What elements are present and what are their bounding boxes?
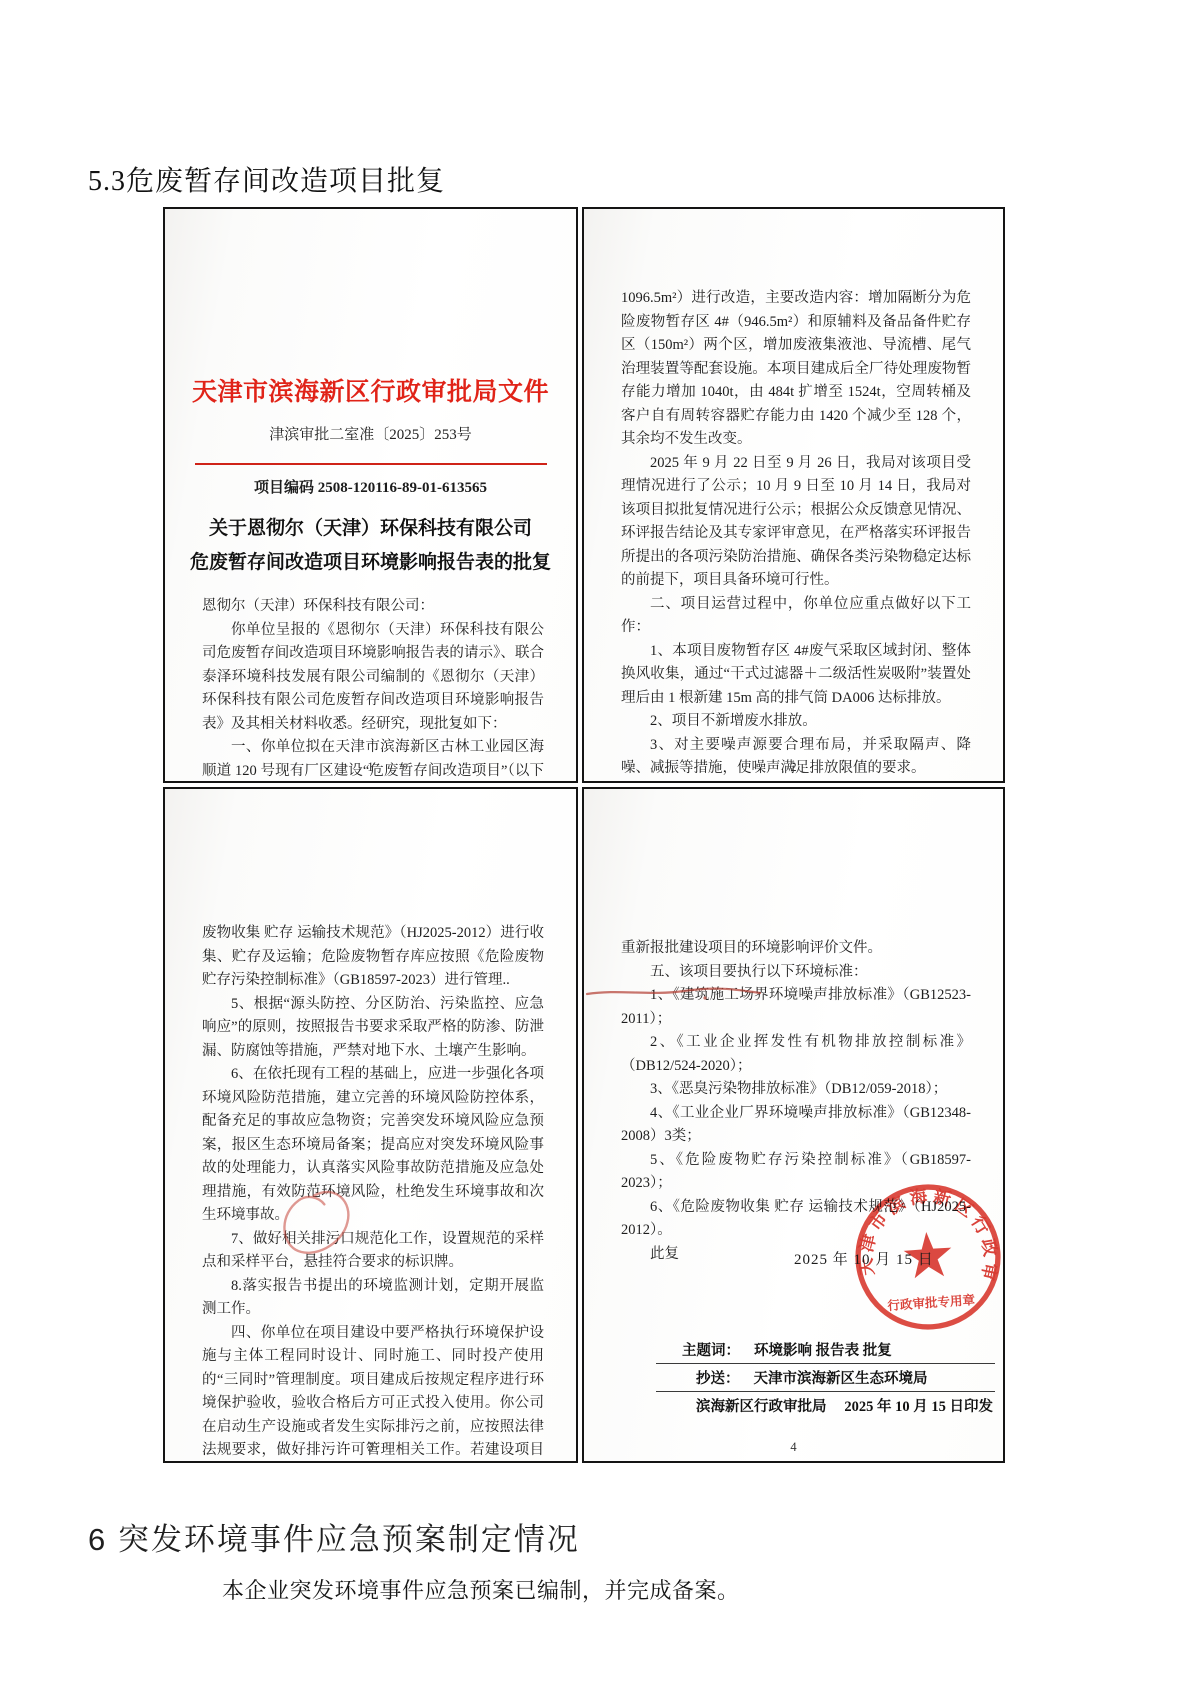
section-6-body: 本企业突发环境事件应急预案已编制，并完成备案。 <box>222 1574 740 1605</box>
subject-row: 主题词：环境影响 报告表 批复 <box>656 1336 995 1364</box>
issuer-row: 滨海新区行政审批局 2025 年 10 月 15 日印发 <box>656 1392 995 1419</box>
document-footer: 主题词：环境影响 报告表 批复 抄送：天津市滨海新区生态环境局 滨海新区行政审批… <box>656 1336 995 1419</box>
standard-item: 4、《工业企业厂界环境噪声排放标准》（GB12348-2008）3类； <box>621 1102 971 1149</box>
paragraph: 你单位呈报的《恩彻尔（天津）环保科技有限公司危废暂存间改造项目环境影响报告表的请… <box>202 619 544 737</box>
salutation: 恩彻尔（天津）环保科技有限公司： <box>202 595 544 619</box>
scan-page-4: 重新报批建设项目的环境影响评价文件。 五、该项目要执行以下环境标准： 1、《建筑… <box>582 787 1005 1463</box>
page-number: 2 <box>584 760 1003 775</box>
page1-body: 恩彻尔（天津）环保科技有限公司： 你单位呈报的《恩彻尔（天津）环保科技有限公司危… <box>202 595 544 783</box>
section-6-title: 6 突发环境事件应急预案制定情况 <box>88 1514 580 1559</box>
scan-page-2: 1096.5m²）进行改造，主要改造内容：增加隔断分为危险废物暂存区 4#（94… <box>582 207 1005 783</box>
cc-row: 抄送：天津市滨海新区生态环境局 <box>656 1364 995 1392</box>
scan-page-3: 废物收集 贮存 运输技术规范》（HJ2025-2012）进行收集、贮存及运输；危… <box>163 787 578 1463</box>
cc-label: 抄送： <box>696 1371 740 1387</box>
scanned-document-grid: 天津市滨海新区行政审批局文件 津滨审批二室准〔2025〕253号 项目编码 25… <box>163 207 1005 1463</box>
project-code: 项目编码 2508-120116-89-01-613565 <box>175 476 566 497</box>
issuer-name: 滨海新区行政审批局 <box>696 1395 827 1416</box>
approval-title-line1: 关于恩彻尔（天津）环保科技有限公司 <box>175 512 566 546</box>
official-letterhead: 天津市滨海新区行政审批局文件 津滨审批二室准〔2025〕253号 项目编码 25… <box>175 209 566 580</box>
approval-title: 关于恩彻尔（天津）环保科技有限公司 危废暂存间改造项目环境影响报告表的批复 <box>175 512 566 580</box>
subject-value: 环境影响 报告表 批复 <box>754 1343 892 1359</box>
page3-body: 废物收集 贮存 运输技术规范》（HJ2025-2012）进行收集、贮存及运输；危… <box>202 922 544 1463</box>
paragraph: 4、做好各类固体废物的收集、贮存、运输和处置，做到资源化、减量化、无害化。项目新… <box>621 781 971 784</box>
seal-bottom-text: 行政审批专用章 <box>887 1292 976 1313</box>
page-number: 1 <box>165 760 576 775</box>
approval-title-line2: 危废暂存间改造项目环境影响报告表的批复 <box>175 546 566 580</box>
standard-item: 3、《恶臭污染物排放标准》（DB12/059-2018）； <box>621 1078 971 1102</box>
standard-item: 2、《工业企业挥发性有机物排放控制标准》（DB12/524-2020）； <box>621 1031 971 1078</box>
scan-page-1: 天津市滨海新区行政审批局文件 津滨审批二室准〔2025〕253号 项目编码 25… <box>163 207 578 783</box>
paragraph: 8.落实报告书提出的环境监测计划，定期开展监测工作。 <box>202 1275 544 1322</box>
paragraph: 6、在依托现有工程的基础上，应进一步强化各项环境风险防范措施，建立完善的环境风险… <box>202 1063 544 1228</box>
paragraph: 7、做好相关排污口规范化工作，设置规范的采样点和采样平台，悬挂符合要求的标识牌。 <box>202 1228 544 1275</box>
red-divider <box>195 463 547 465</box>
paragraph: 五、该项目要执行以下环境标准： <box>621 961 971 985</box>
page2-body: 1096.5m²）进行改造，主要改造内容：增加隔断分为危险废物暂存区 4#（94… <box>621 287 971 783</box>
paragraph: 1096.5m²）进行改造，主要改造内容：增加隔断分为危险废物暂存区 4#（94… <box>621 287 971 452</box>
cc-value: 天津市滨海新区生态环境局 <box>754 1371 928 1387</box>
agency-header: 天津市滨海新区行政审批局文件 <box>175 372 566 408</box>
approval-date: 2025 年 10 月 15 日 <box>794 1248 934 1269</box>
paragraph: 2、项目不新增废水排放。 <box>621 710 971 734</box>
standard-item: 1、《建筑施工场界环境噪声排放标准》（GB12523-2011）； <box>621 984 971 1031</box>
paragraph: 重新报批建设项目的环境影响评价文件。 <box>621 937 971 961</box>
issue-date: 2025 年 10 月 15 日印发 <box>844 1395 993 1416</box>
paragraph: 二、项目运营过程中，你单位应重点做好以下工作： <box>621 593 971 640</box>
page-number: 4 <box>584 1440 1003 1455</box>
paragraph: 5、根据“源头防控、分区防治、污染监控、应急响应”的原则，按照报告书要求采取严格… <box>202 993 544 1064</box>
subject-label: 主题词： <box>682 1343 740 1359</box>
paragraph: 废物收集 贮存 运输技术规范》（HJ2025-2012）进行收集、贮存及运输；危… <box>202 922 544 993</box>
document-number: 津滨审批二室准〔2025〕253号 <box>175 423 566 444</box>
section-5-3-title: 5.3危废暂存间改造项目批复 <box>88 159 445 199</box>
paragraph: 2025 年 9 月 22 日至 9 月 26 日，我局对该项目受理情况进行了公… <box>621 452 971 593</box>
paragraph: 1、本项目废物暂存区 4#废气采取区域封闭、整体换风收集，通过“干式过滤器＋二级… <box>621 640 971 711</box>
page-number: 3 <box>165 1440 576 1455</box>
